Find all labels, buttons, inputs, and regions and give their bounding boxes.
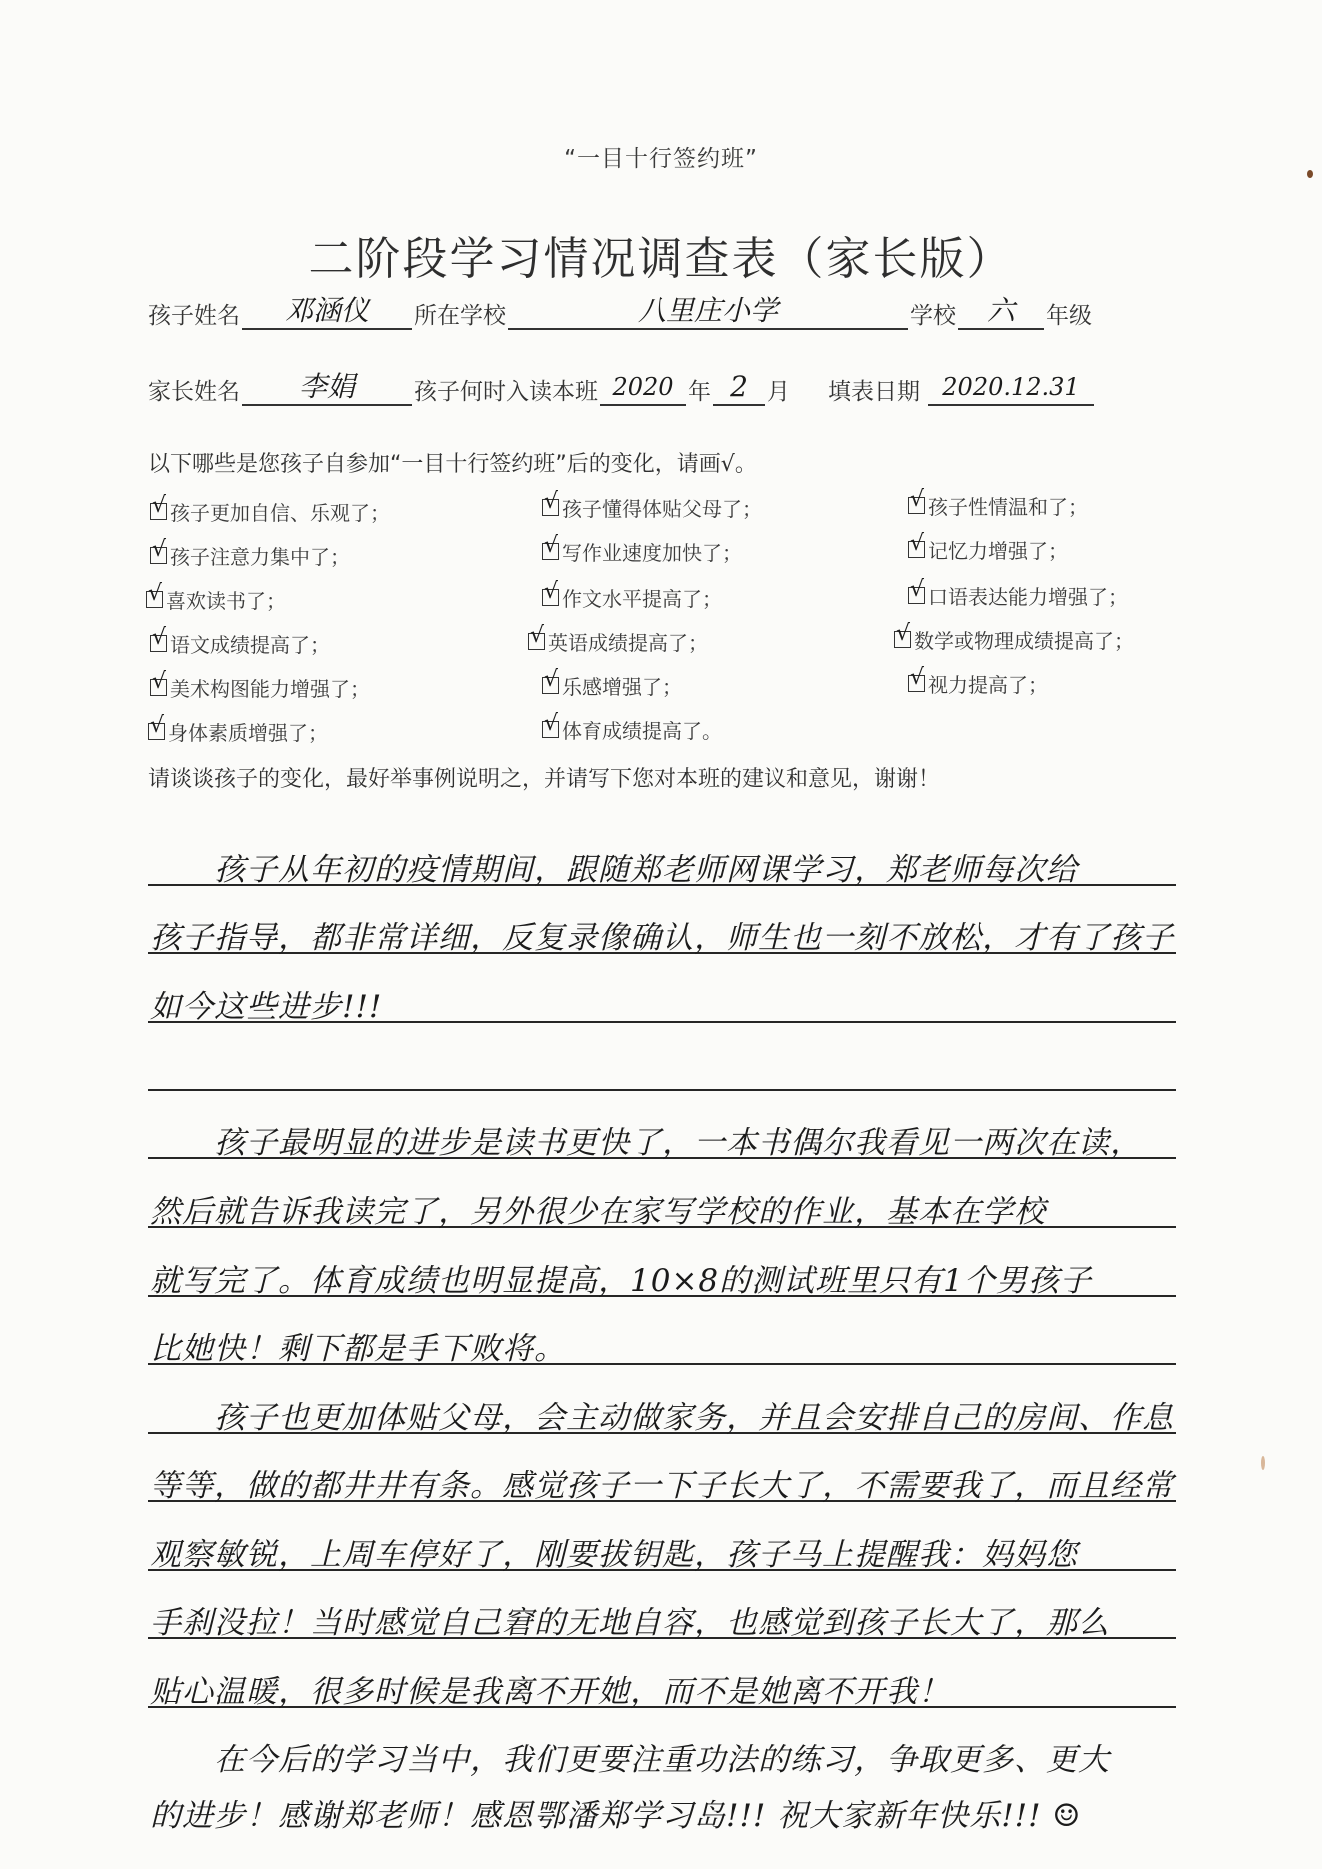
comment-instruction: 请谈谈孩子的变化，最好举事例说明之，并请写下您对本班的建议和意见，谢谢！ [148, 762, 940, 793]
checklist-item[interactable]: √口语表达能力增强了； [908, 581, 1128, 610]
handwritten-line: 观察敏锐，上周车停好了，刚要拔钥匙，孩子马上提醒我：妈妈您 [150, 1529, 1190, 1574]
scan-speck [1307, 170, 1313, 178]
checkbox-checked-icon[interactable]: √ [908, 541, 925, 558]
school-label: 所在学校 [414, 297, 506, 330]
handwritten-line: 比她快！剩下都是手下败将。 [150, 1323, 1190, 1368]
checkbox-checked-icon[interactable]: √ [542, 543, 559, 560]
checkbox-checked-icon[interactable]: √ [148, 723, 165, 740]
handwritten-line: 手刹没拉！当时感觉自己窘的无地自容，也感觉到孩子长大了，那么 [150, 1597, 1190, 1642]
enroll-time-label: 孩子何时入读本班 [414, 373, 598, 406]
checklist-item[interactable]: √视力提高了； [908, 669, 1048, 698]
checklist-item[interactable]: √数学或物理成绩提高了； [894, 625, 1134, 654]
checklist-item[interactable]: √孩子更加自信、乐观了； [150, 497, 390, 526]
checklist-item[interactable]: √记忆力增强了； [908, 535, 1068, 564]
checklist-item[interactable]: √语文成绩提高了； [150, 629, 330, 658]
year-label: 年 [688, 373, 711, 406]
enroll-month-field[interactable]: 2 [713, 370, 765, 406]
checkbox-checked-icon[interactable]: √ [150, 679, 167, 696]
checklist-item[interactable]: √喜欢读书了； [146, 585, 286, 614]
month-label: 月 [767, 373, 790, 406]
parent-name-field[interactable]: 李娟 [242, 370, 412, 406]
scan-speck [1261, 1456, 1265, 1470]
handwritten-line: 孩子指导，都非常详细，反复录像确认，师生也一刻不放松，才有了孩子 [150, 912, 1190, 957]
checklist-item[interactable]: √体育成绩提高了。 [542, 715, 722, 744]
grade-field[interactable]: 六 [958, 294, 1044, 330]
checklist-instruction: 以下哪些是您孩子自参加“一目十行签约班”后的变化，请画√。 [148, 447, 757, 478]
checkbox-checked-icon[interactable]: √ [528, 633, 545, 650]
checkbox-checked-icon[interactable]: √ [908, 497, 925, 514]
handwritten-line: 贴心温暖，很多时候是我离不开她，而不是她离不开我！ [150, 1666, 1190, 1711]
survey-form-page: “一目十行签约班” 二阶段学习情况调查表（家长版） 孩子姓名 邓涵仪 所在学校 … [0, 0, 1322, 1869]
checklist-item[interactable]: √孩子注意力集中了； [150, 541, 350, 570]
enroll-year-field[interactable]: 2020 [600, 370, 686, 406]
checkbox-checked-icon[interactable]: √ [542, 677, 559, 694]
handwritten-line: 孩子也更加体贴父母，会主动做家务，并且会安排自己的房间、作息 [150, 1392, 1190, 1437]
handwritten-line: 然后就告诉我读完了，另外很少在家写学校的作业，基本在学校 [150, 1186, 1190, 1231]
handwritten-line: 就写完了。体育成绩也明显提高，10×8的测试班里只有1个男孩子 [150, 1255, 1190, 1300]
fill-date-field[interactable]: 2020.12.31 [928, 370, 1094, 406]
checkbox-checked-icon[interactable]: √ [894, 631, 911, 648]
checklist-item[interactable]: √英语成绩提高了； [528, 627, 708, 656]
form-title: 二阶段学习情况调查表（家长版） [0, 222, 1322, 287]
child-name-field[interactable]: 邓涵仪 [242, 294, 412, 330]
checkbox-checked-icon[interactable]: √ [150, 635, 167, 652]
checkbox-checked-icon[interactable]: √ [908, 675, 925, 692]
checklist-item[interactable]: √作文水平提高了； [542, 583, 722, 612]
school-field[interactable]: 八里庄小学 [508, 294, 908, 330]
handwritten-line: 等等，做的都井井有条。感觉孩子一下子长大了，不需要我了，而且经常 [150, 1460, 1190, 1505]
grade-prefix-label: 学校 [910, 297, 956, 330]
checklist-item[interactable]: √孩子性情温和了； [908, 491, 1088, 520]
checklist-item[interactable]: √美术构图能力增强了； [150, 673, 370, 702]
checkbox-checked-icon[interactable]: √ [146, 591, 163, 608]
child-info-row: 孩子姓名 邓涵仪 所在学校 八里庄小学 学校 六 年级 [148, 290, 1092, 330]
checklist-item[interactable]: √身体素质增强了； [148, 717, 328, 746]
checkbox-checked-icon[interactable]: √ [542, 499, 559, 516]
checklist-item[interactable]: √孩子懂得体贴父母了； [542, 493, 762, 522]
handwritten-line: 孩子从年初的疫情期间，跟随郑老师网课学习，郑老师每次给 [150, 844, 1190, 889]
ruled-line [148, 1089, 1176, 1091]
handwritten-line: 如今这些进步!!! [150, 981, 1190, 1026]
checkbox-checked-icon[interactable]: √ [150, 547, 167, 564]
class-name-subtitle: “一目十行签约班” [0, 140, 1322, 173]
handwritten-line: 的进步！感谢郑老师！感恩鄂潘郑学习岛!!! 祝大家新年快乐!!! ☺ [150, 1790, 1190, 1835]
handwritten-line: 孩子最明显的进步是读书更快了，一本书偶尔我看见一两次在读， [150, 1117, 1190, 1162]
parent-name-label: 家长姓名 [148, 373, 240, 406]
checklist-item[interactable]: √写作业速度加快了； [542, 537, 742, 566]
parent-info-row: 家长姓名 李娟 孩子何时入读本班 2020 年 2 月 填表日期 2020.12… [148, 366, 1096, 406]
handwritten-line: 在今后的学习当中，我们更要注重功法的练习，争取更多、更大 [150, 1734, 1190, 1779]
checklist-item[interactable]: √乐感增强了； [542, 671, 682, 700]
checkbox-checked-icon[interactable]: √ [908, 587, 925, 604]
child-name-label: 孩子姓名 [148, 297, 240, 330]
checkbox-checked-icon[interactable]: √ [542, 721, 559, 738]
checkbox-checked-icon[interactable]: √ [150, 503, 167, 520]
checkbox-checked-icon[interactable]: √ [542, 589, 559, 606]
fill-date-label: 填表日期 [828, 373, 920, 406]
grade-suffix-label: 年级 [1046, 297, 1092, 330]
